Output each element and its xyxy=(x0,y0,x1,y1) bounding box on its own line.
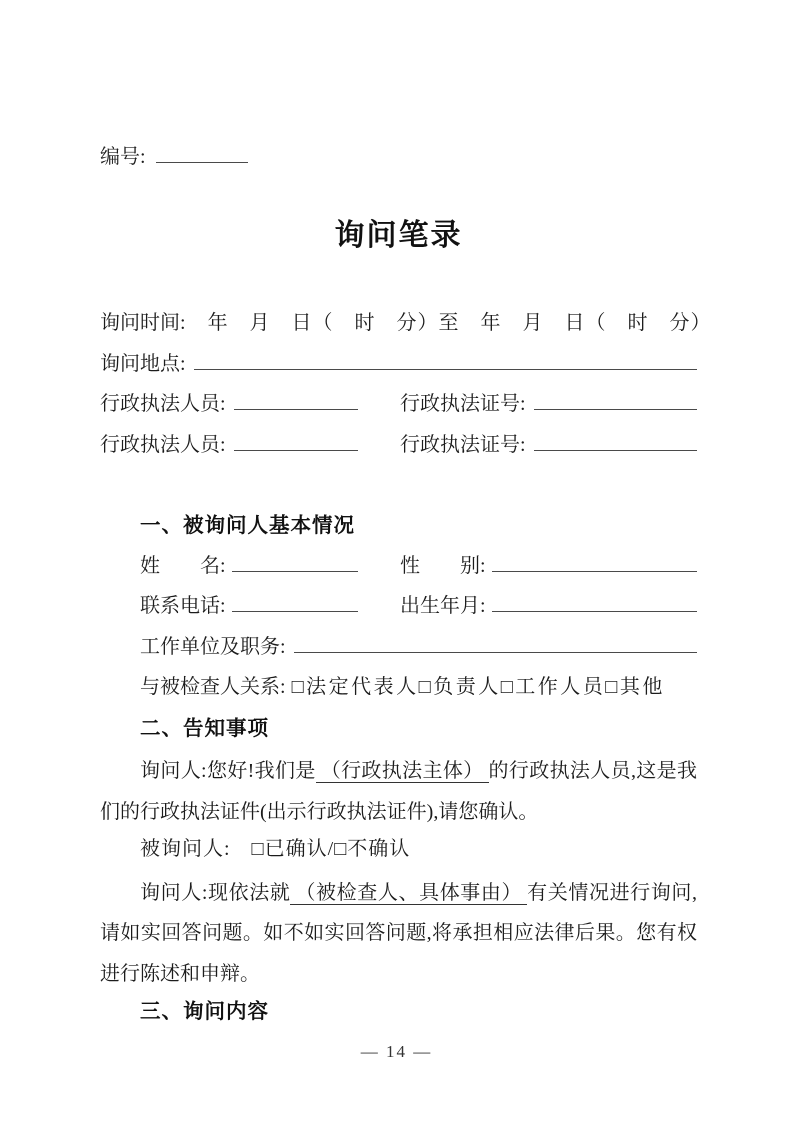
document-page: 编号: 询问笔录 询问时间: 年 月 日（ 时 分）至 年 月 日（ 时 分） … xyxy=(0,0,793,1122)
name-label: 姓 名: xyxy=(140,549,226,578)
header-fields: 询问时间: 年 月 日（ 时 分）至 年 月 日（ 时 分） 询问地点: 行政执… xyxy=(100,306,697,468)
name-blank-line xyxy=(232,571,358,572)
phone-label: 联系电话: xyxy=(140,589,226,618)
inquirer-notice-paragraph: 询问人:现依法就（被检查人、具体事由）有关情况进行询问,请如实回答问题。如不如实… xyxy=(100,873,697,995)
document-number-row: 编号: xyxy=(100,140,697,166)
name-gender-row: 姓 名: 性 别: xyxy=(100,549,697,590)
phone-birth-row: 联系电话: 出生年月: xyxy=(100,589,697,630)
inquirer-intro-prefix: 询问人:您好!我们是 xyxy=(140,760,316,782)
section-1: 一、被询问人基本情况 姓 名: 性 别: 联系电话: 出生年月: xyxy=(100,508,697,711)
officer2-label: 行政执法人员: xyxy=(100,428,226,457)
confirmation-row: 被询问人: □已确认/□不确认 xyxy=(100,832,697,873)
birth-blank-line xyxy=(492,611,697,612)
cert2-number-blank-line xyxy=(534,450,697,451)
work-unit-blank-line xyxy=(294,652,697,653)
inquiry-time-row: 询问时间: 年 月 日（ 时 分）至 年 月 日（ 时 分） xyxy=(100,306,697,347)
section-3: 三、询问内容 xyxy=(100,994,697,1035)
inquiry-time-value: 年 月 日（ 时 分）至 年 月 日（ 时 分） xyxy=(208,306,712,335)
relation-checkbox-options: □法定代表人□负责人□工作人员□其他 xyxy=(292,670,665,699)
enforcement-officer-row-2: 行政执法人员: 行政执法证号: xyxy=(100,428,697,469)
document-title: 询问笔录 xyxy=(100,210,697,254)
section2-heading: 二、告知事项 xyxy=(100,711,697,752)
inquiry-time-label: 询问时间: xyxy=(100,306,186,335)
officer1-name-blank-line xyxy=(234,409,358,410)
cert1-label: 行政执法证号: xyxy=(400,387,526,416)
section-2: 二、告知事项 询问人:您好!我们是（行政执法主体）的行政执法人员,这是我们的行政… xyxy=(100,711,697,995)
relation-row: 与被检查人关系: □法定代表人□负责人□工作人员□其他 xyxy=(100,670,697,711)
inquiry-location-label: 询问地点: xyxy=(100,347,186,376)
inquirer-notice-prefix: 询问人:现依法就 xyxy=(140,882,290,904)
document-number-blank-line xyxy=(156,162,248,163)
phone-blank-line xyxy=(232,611,358,612)
birth-label: 出生年月: xyxy=(400,589,486,618)
work-unit-label: 工作单位及职务: xyxy=(140,630,286,659)
gender-blank-line xyxy=(492,571,697,572)
confirmation-checkbox-line: 被询问人: □已确认/□不确认 xyxy=(140,832,410,861)
cert2-label: 行政执法证号: xyxy=(400,428,526,457)
enforcement-subject-blank: （行政执法主体） xyxy=(316,760,489,783)
page-number-footer: — 14 — xyxy=(0,1042,793,1062)
document-number-label: 编号: xyxy=(100,140,146,169)
work-unit-row: 工作单位及职务: xyxy=(100,630,697,671)
inquirer-intro-paragraph: 询问人:您好!我们是（行政执法主体）的行政执法人员,这是我们的行政执法证件(出示… xyxy=(100,751,697,832)
cert1-number-blank-line xyxy=(534,409,697,410)
section3-heading: 三、询问内容 xyxy=(100,994,697,1035)
enforcement-officer-row-1: 行政执法人员: 行政执法证号: xyxy=(100,387,697,428)
inspected-party-blank: （被检查人、具体事由） xyxy=(290,882,527,905)
section1-heading: 一、被询问人基本情况 xyxy=(100,508,697,549)
relation-label: 与被检查人关系: xyxy=(140,670,286,699)
inquiry-location-row: 询问地点: xyxy=(100,347,697,388)
inquiry-location-blank-line xyxy=(194,369,697,370)
gender-label: 性 别: xyxy=(400,549,486,578)
officer1-label: 行政执法人员: xyxy=(100,387,226,416)
document-content: 编号: 询问笔录 询问时间: 年 月 日（ 时 分）至 年 月 日（ 时 分） … xyxy=(100,140,697,1035)
officer2-name-blank-line xyxy=(234,450,358,451)
